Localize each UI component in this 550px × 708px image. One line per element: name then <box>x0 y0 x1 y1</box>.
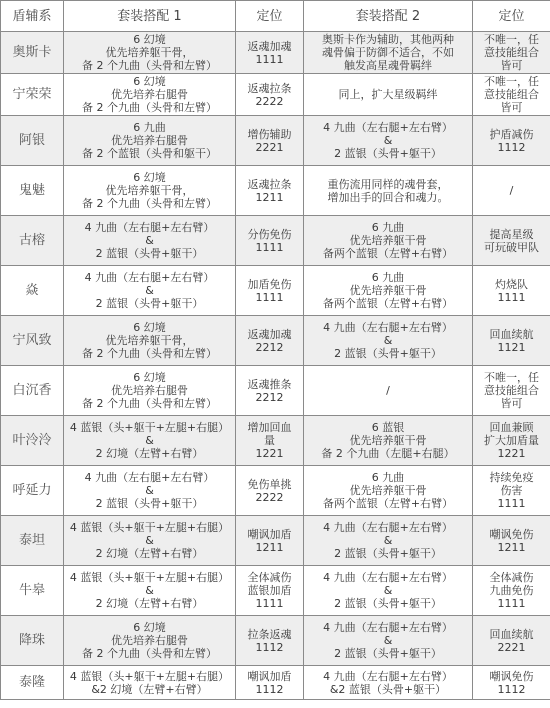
cell-line: & <box>66 484 233 497</box>
cell-line: 全体减伤 <box>475 571 548 584</box>
set-1-cell: 6 幻境优先培养右腿骨备 2 个九曲（头骨和左臂） <box>64 366 236 416</box>
cell-line: 护盾减伤 <box>475 128 548 141</box>
cell-line: 1112 <box>475 683 548 696</box>
cell-line: 6 九曲 <box>306 471 470 484</box>
position-2-cell: 护盾减伤1112 <box>473 116 550 166</box>
cell-line: 4 九曲（左右腿+左右臂） <box>66 471 233 484</box>
cell-line: & <box>66 584 233 597</box>
set-1-cell: 6 九曲优先培养右腿骨备 2 个蓝银（头骨和躯干） <box>64 116 236 166</box>
cell-line: 不唯一，任 <box>475 75 548 88</box>
cell-line: 提高星级 <box>475 228 548 241</box>
position-2-cell: 不唯一，任意技能组合皆可 <box>473 366 550 416</box>
header-position-1: 定位 <box>236 1 304 32</box>
cell-line: 4 蓝银（头+躯干+左腿+右腿） <box>66 421 233 434</box>
cell-line: 6 九曲 <box>66 121 233 134</box>
position-1-cell: 返魂推条2212 <box>236 366 304 416</box>
cell-line: 1112 <box>475 141 548 154</box>
table-row: 叶泠泠4 蓝银（头+躯干+左腿+右腿）&2 幻境（左臂+右臂）增加回血量1221… <box>1 416 550 466</box>
position-2-cell: 全体减伤九曲免伤1111 <box>473 566 550 616</box>
set-1-cell: 6 幻境优先培养躯干骨，备 2 个九曲（头骨和左臂） <box>64 166 236 216</box>
character-name: 宁风致 <box>1 316 64 366</box>
cell-line: 6 幻境 <box>66 371 233 384</box>
character-name: 阿银 <box>1 116 64 166</box>
set-2-cell: 奥斯卡作为辅助，其他两种魂骨偏于防御不适合，不如触发高星魂骨羁绊 <box>304 32 473 74</box>
cell-line: 6 幻境 <box>66 75 233 88</box>
position-1-cell: 返魂拉条1211 <box>236 166 304 216</box>
position-2-cell: 提高星级可玩破甲队 <box>473 216 550 266</box>
position-2-cell: 回血续航1121 <box>473 316 550 366</box>
set-2-cell: 4 九曲（左右腿+左右臂）&2 蓝银（头骨+躯干） <box>304 566 473 616</box>
cell-line: 优先培养躯干骨， <box>66 334 233 347</box>
cell-line: 6 九曲 <box>306 271 470 284</box>
cell-line: 重伤流用同样的魂骨套， <box>306 178 470 191</box>
cell-line: 优先培养右腿骨 <box>66 384 233 397</box>
cell-line: 备 2 个九曲（左腿+右腿） <box>306 447 470 460</box>
header-class: 盾辅系 <box>1 1 64 32</box>
table-row: 宁风致6 幻境优先培养躯干骨，备 2 个九曲（头骨和左臂）返魂加魂22124 九… <box>1 316 550 366</box>
cell-line: 魂骨偏于防御不适合，不如 <box>306 46 470 59</box>
cell-line: & <box>66 284 233 297</box>
cell-line: 6 幻境 <box>66 171 233 184</box>
cell-line: 4 蓝银（头+躯干+左腿+右腿） <box>66 521 233 534</box>
cell-line: 返魂加魂 <box>238 328 301 341</box>
cell-line: 备 2 个九曲（头骨和左臂） <box>66 397 233 410</box>
character-name: 白沉香 <box>1 366 64 416</box>
set-2-cell: 6 九曲优先培养躯干骨备两个蓝银（左臂+右臂） <box>304 216 473 266</box>
cell-line: 皆可 <box>475 101 548 114</box>
cell-line: 不唯一，任 <box>475 371 548 384</box>
cell-line: & <box>66 234 233 247</box>
header-row: 盾辅系 套装搭配 1 定位 套装搭配 2 定位 <box>1 1 550 32</box>
position-2-cell: 嘲讽免伤1112 <box>473 666 550 700</box>
cell-line: 回血续航 <box>475 328 548 341</box>
set-1-cell: 4 蓝银（头+躯干+左腿+右腿）&2 幻境（左臂+右臂） <box>64 666 236 700</box>
cell-line: 优先培养躯干骨， <box>66 46 233 59</box>
cell-line: 优先培养躯干骨 <box>306 284 470 297</box>
set-1-cell: 4 蓝银（头+躯干+左腿+右腿）&2 幻境（左臂+右臂） <box>64 416 236 466</box>
cell-line: 2 蓝银（头骨+躯干） <box>66 497 233 510</box>
cell-line: 4 九曲（左右腿+左右臂） <box>306 321 470 334</box>
set-1-cell: 6 幻境优先培养右腿骨备 2 个九曲（头骨和左臂） <box>64 74 236 116</box>
set-2-cell: 6 九曲优先培养躯干骨备两个蓝银（左臂+右臂） <box>304 466 473 516</box>
cell-line: 备两个蓝银（左臂+右臂） <box>306 297 470 310</box>
cell-line: 嘲讽加盾 <box>238 528 301 541</box>
cell-line: 优先培养右腿骨 <box>66 88 233 101</box>
cell-line: 备两个蓝银（左臂+右臂） <box>306 497 470 510</box>
cell-line: 增加出手的回合和魂力。 <box>306 191 470 204</box>
cell-line: 4 九曲（左右腿+左右臂） <box>306 621 470 634</box>
cell-line: 1121 <box>475 341 548 354</box>
cell-line: 不唯一，任 <box>475 33 548 46</box>
cell-line: 6 幻境 <box>66 33 233 46</box>
header-position-2: 定位 <box>473 1 550 32</box>
cell-line: 蓝银加盾 <box>238 584 301 597</box>
character-name: 呼延力 <box>1 466 64 516</box>
cell-line: & <box>306 584 470 597</box>
position-1-cell: 返魂加魂1111 <box>236 32 304 74</box>
table-row: 阿银6 九曲优先培养右腿骨备 2 个蓝银（头骨和躯干）增伤辅助22214 九曲（… <box>1 116 550 166</box>
position-1-cell: 增伤辅助2221 <box>236 116 304 166</box>
set-1-cell: 6 幻境优先培养躯干骨，备 2 个九曲（头骨和左臂） <box>64 316 236 366</box>
cell-line: 备两个蓝银（左臂+右臂） <box>306 247 470 260</box>
cell-line: 1111 <box>475 291 548 304</box>
cell-line: 优先培养躯干骨 <box>306 484 470 497</box>
cell-line: 4 蓝银（头+躯干+左腿+右腿） <box>66 571 233 584</box>
table-row: 古榕4 九曲（左右腿+左右臂）&2 蓝银（头骨+躯干）分伤免伤11116 九曲优… <box>1 216 550 266</box>
cell-line: & <box>306 134 470 147</box>
character-name: 泰坦 <box>1 516 64 566</box>
cell-line: 增伤辅助 <box>238 128 301 141</box>
cell-line: &2 幻境（左臂+右臂） <box>66 683 233 696</box>
cell-line: 加盾免伤 <box>238 278 301 291</box>
position-1-cell: 返魂拉条2222 <box>236 74 304 116</box>
cell-line: 返魂拉条 <box>238 82 301 95</box>
header-set-1: 套装搭配 1 <box>64 1 236 32</box>
cell-line: 2212 <box>238 391 301 404</box>
cell-line: & <box>66 534 233 547</box>
cell-line: 全体减伤 <box>238 571 301 584</box>
cell-line: 优先培养躯干骨， <box>66 184 233 197</box>
header-set-2: 套装搭配 2 <box>304 1 473 32</box>
cell-line: 扩大加盾量 <box>475 434 548 447</box>
cell-line: 拉条返魂 <box>238 628 301 641</box>
table-row: 泰隆4 蓝银（头+躯干+左腿+右腿）&2 幻境（左臂+右臂）嘲讽加盾11124 … <box>1 666 550 700</box>
cell-line: 返魂加魂 <box>238 40 301 53</box>
character-name: 宁荣荣 <box>1 74 64 116</box>
cell-line: 优先培养右腿骨 <box>66 134 233 147</box>
cell-line: 返魂拉条 <box>238 178 301 191</box>
position-1-cell: 拉条返魂1112 <box>236 616 304 666</box>
cell-line: 2 蓝银（头骨+躯干） <box>66 297 233 310</box>
cell-line: 皆可 <box>475 59 548 72</box>
cell-line: 2 蓝银（头骨+躯干） <box>306 347 470 360</box>
cell-line: 2221 <box>238 141 301 154</box>
set-1-cell: 4 九曲（左右腿+左右臂）&2 蓝银（头骨+躯干） <box>64 466 236 516</box>
cell-line: 1111 <box>238 241 301 254</box>
position-1-cell: 增加回血量1221 <box>236 416 304 466</box>
cell-line: 分伤免伤 <box>238 228 301 241</box>
set-1-cell: 4 九曲（左右腿+左右臂）&2 蓝银（头骨+躯干） <box>64 216 236 266</box>
position-1-cell: 返魂加魂2212 <box>236 316 304 366</box>
set-1-cell: 4 九曲（左右腿+左右臂）&2 蓝银（头骨+躯干） <box>64 266 236 316</box>
position-1-cell: 嘲讽加盾1112 <box>236 666 304 700</box>
position-2-cell: 持续免疫伤害1111 <box>473 466 550 516</box>
cell-line: 1221 <box>238 447 301 460</box>
position-2-cell: 不唯一，任意技能组合皆可 <box>473 32 550 74</box>
cell-line: 2 蓝银（头骨+躯干） <box>66 247 233 260</box>
cell-line: 九曲免伤 <box>475 584 548 597</box>
cell-line: 1111 <box>238 597 301 610</box>
character-name: 古榕 <box>1 216 64 266</box>
cell-line: &2 蓝银（头骨+躯干） <box>306 683 470 696</box>
table-row: 呼延力4 九曲（左右腿+左右臂）&2 蓝银（头骨+躯干）免伤单挑22226 九曲… <box>1 466 550 516</box>
cell-line: 2 蓝银（头骨+躯干） <box>306 547 470 560</box>
cell-line: 2 蓝银（头骨+躯干） <box>306 147 470 160</box>
cell-line: 备 2 个九曲（头骨和左臂） <box>66 347 233 360</box>
cell-line: 6 幻境 <box>66 621 233 634</box>
set-2-cell: 4 九曲（左右腿+左右臂）&2 蓝银（头骨+躯干） <box>304 666 473 700</box>
character-name: 降珠 <box>1 616 64 666</box>
cell-line: 2 幻境（左臂+右臂） <box>66 597 233 610</box>
cell-line: 1111 <box>475 497 548 510</box>
set-1-cell: 6 幻境优先培养躯干骨，备 2 个九曲（头骨和左臂） <box>64 32 236 74</box>
position-2-cell: / <box>473 166 550 216</box>
set-2-cell: 6 九曲优先培养躯干骨备两个蓝银（左臂+右臂） <box>304 266 473 316</box>
position-2-cell: 灼烧队1111 <box>473 266 550 316</box>
cell-line: 2222 <box>238 491 301 504</box>
cell-line: 4 九曲（左右腿+左右臂） <box>66 221 233 234</box>
character-name: 泰隆 <box>1 666 64 700</box>
set-2-cell: / <box>304 366 473 416</box>
cell-line: 1211 <box>475 541 548 554</box>
cell-line: 备 2 个九曲（头骨和左臂） <box>66 59 233 72</box>
cell-line: 2221 <box>475 641 548 654</box>
cell-line: 4 九曲（左右腿+左右臂） <box>306 670 470 683</box>
cell-line: 免伤单挑 <box>238 478 301 491</box>
cell-line: 4 蓝银（头+躯干+左腿+右腿） <box>66 670 233 683</box>
cell-line: 增加回血 <box>238 421 301 434</box>
cell-line: 2222 <box>238 95 301 108</box>
cell-line: 嘲讽免伤 <box>475 670 548 683</box>
cell-line: 可玩破甲队 <box>475 241 548 254</box>
cell-line: 返魂推条 <box>238 378 301 391</box>
cell-line: 回血兼顾 <box>475 421 548 434</box>
table-row: 牛皋4 蓝银（头+躯干+左腿+右腿）&2 幻境（左臂+右臂）全体减伤蓝银加盾11… <box>1 566 550 616</box>
table-row: 焱4 九曲（左右腿+左右臂）&2 蓝银（头骨+躯干）加盾免伤11116 九曲优先… <box>1 266 550 316</box>
cell-line: 4 九曲（左右腿+左右臂） <box>66 271 233 284</box>
cell-line: 意技能组合 <box>475 46 548 59</box>
cell-line: 2 幻境（左臂+右臂） <box>66 447 233 460</box>
cell-line: / <box>306 384 470 397</box>
cell-line: 备 2 个九曲（头骨和左臂） <box>66 197 233 210</box>
cell-line: 触发高星魂骨羁绊 <box>306 59 470 72</box>
set-2-cell: 4 九曲（左右腿+左右臂）&2 蓝银（头骨+躯干） <box>304 116 473 166</box>
character-name: 奥斯卡 <box>1 32 64 74</box>
cell-line: 1112 <box>238 683 301 696</box>
position-1-cell: 分伤免伤1111 <box>236 216 304 266</box>
cell-line: 伤害 <box>475 484 548 497</box>
table-row: 鬼魅6 幻境优先培养躯干骨，备 2 个九曲（头骨和左臂）返魂拉条1211重伤流用… <box>1 166 550 216</box>
cell-line: 持续免疫 <box>475 471 548 484</box>
cell-line: 备 2 个九曲（头骨和左臂） <box>66 101 233 114</box>
character-name: 焱 <box>1 266 64 316</box>
cell-line: 奥斯卡作为辅助，其他两种 <box>306 33 470 46</box>
cell-line: 备 2 个蓝银（头骨和躯干） <box>66 147 233 160</box>
cell-line: 2 幻境（左臂+右臂） <box>66 547 233 560</box>
position-1-cell: 全体减伤蓝银加盾1111 <box>236 566 304 616</box>
cell-line: 皆可 <box>475 397 548 410</box>
position-2-cell: 回血兼顾扩大加盾量1221 <box>473 416 550 466</box>
cell-line: 6 蓝银 <box>306 421 470 434</box>
cell-line: 2 蓝银（头骨+躯干） <box>306 597 470 610</box>
character-name: 牛皋 <box>1 566 64 616</box>
cell-line: & <box>306 634 470 647</box>
table-row: 降珠6 幻境优先培养右腿骨备 2 个九曲（头骨和左臂）拉条返魂11124 九曲（… <box>1 616 550 666</box>
cell-line: 4 九曲（左右腿+左右臂） <box>306 571 470 584</box>
character-name: 鬼魅 <box>1 166 64 216</box>
cell-line: 优先培养右腿骨 <box>66 634 233 647</box>
cell-line: 回血续航 <box>475 628 548 641</box>
cell-line: 优先培养躯干骨 <box>306 434 470 447</box>
cell-line: 1221 <box>475 447 548 460</box>
position-1-cell: 加盾免伤1111 <box>236 266 304 316</box>
cell-line: 1112 <box>238 641 301 654</box>
cell-line: 2 蓝银（头骨+躯干） <box>306 647 470 660</box>
position-2-cell: 不唯一，任意技能组合皆可 <box>473 74 550 116</box>
set-1-cell: 6 幻境优先培养右腿骨备 2 个九曲（头骨和左臂） <box>64 616 236 666</box>
set-2-cell: 4 九曲（左右腿+左右臂）&2 蓝银（头骨+躯干） <box>304 516 473 566</box>
cell-line: 6 幻境 <box>66 321 233 334</box>
cell-line: 4 九曲（左右腿+左右臂） <box>306 521 470 534</box>
cell-line: 嘲讽免伤 <box>475 528 548 541</box>
cell-line: 量 <box>238 434 301 447</box>
table-row: 奥斯卡6 幻境优先培养躯干骨，备 2 个九曲（头骨和左臂）返魂加魂1111奥斯卡… <box>1 32 550 74</box>
set-2-cell: 同上，扩大星级羁绊 <box>304 74 473 116</box>
set-2-cell: 6 蓝银优先培养躯干骨备 2 个九曲（左腿+右腿） <box>304 416 473 466</box>
position-1-cell: 免伤单挑2222 <box>236 466 304 516</box>
set-1-cell: 4 蓝银（头+躯干+左腿+右腿）&2 幻境（左臂+右臂） <box>64 566 236 616</box>
set-1-cell: 4 蓝银（头+躯干+左腿+右腿）&2 幻境（左臂+右臂） <box>64 516 236 566</box>
cell-line: 灼烧队 <box>475 278 548 291</box>
character-name: 叶泠泠 <box>1 416 64 466</box>
cell-line: 优先培养躯干骨 <box>306 234 470 247</box>
soul-bone-set-table: 盾辅系 套装搭配 1 定位 套装搭配 2 定位 奥斯卡6 幻境优先培养躯干骨，备… <box>0 0 550 700</box>
table-row: 泰坦4 蓝银（头+躯干+左腿+右腿）&2 幻境（左臂+右臂）嘲讽加盾12114 … <box>1 516 550 566</box>
cell-line: & <box>306 334 470 347</box>
table-row: 宁荣荣6 幻境优先培养右腿骨备 2 个九曲（头骨和左臂）返魂拉条2222同上，扩… <box>1 74 550 116</box>
cell-line: & <box>306 534 470 547</box>
set-2-cell: 4 九曲（左右腿+左右臂）&2 蓝银（头骨+躯干） <box>304 316 473 366</box>
cell-line: 1211 <box>238 541 301 554</box>
cell-line: 1111 <box>475 597 548 610</box>
cell-line: 2212 <box>238 341 301 354</box>
cell-line: / <box>475 184 548 197</box>
cell-line: 1211 <box>238 191 301 204</box>
cell-line: 意技能组合 <box>475 88 548 101</box>
table-row: 白沉香6 幻境优先培养右腿骨备 2 个九曲（头骨和左臂）返魂推条2212/不唯一… <box>1 366 550 416</box>
position-1-cell: 嘲讽加盾1211 <box>236 516 304 566</box>
set-2-cell: 重伤流用同样的魂骨套，增加出手的回合和魂力。 <box>304 166 473 216</box>
position-2-cell: 嘲讽免伤1211 <box>473 516 550 566</box>
set-2-cell: 4 九曲（左右腿+左右臂）&2 蓝银（头骨+躯干） <box>304 616 473 666</box>
cell-line: 意技能组合 <box>475 384 548 397</box>
cell-line: 备 2 个九曲（头骨和左臂） <box>66 647 233 660</box>
cell-line: 1111 <box>238 53 301 66</box>
cell-line: 4 九曲（左右腿+左右臂） <box>306 121 470 134</box>
position-2-cell: 回血续航2221 <box>473 616 550 666</box>
cell-line: 嘲讽加盾 <box>238 670 301 683</box>
cell-line: & <box>66 434 233 447</box>
table-body: 奥斯卡6 幻境优先培养躯干骨，备 2 个九曲（头骨和左臂）返魂加魂1111奥斯卡… <box>1 32 550 700</box>
cell-line: 1111 <box>238 291 301 304</box>
cell-line: 同上，扩大星级羁绊 <box>306 88 470 101</box>
cell-line: 6 九曲 <box>306 221 470 234</box>
